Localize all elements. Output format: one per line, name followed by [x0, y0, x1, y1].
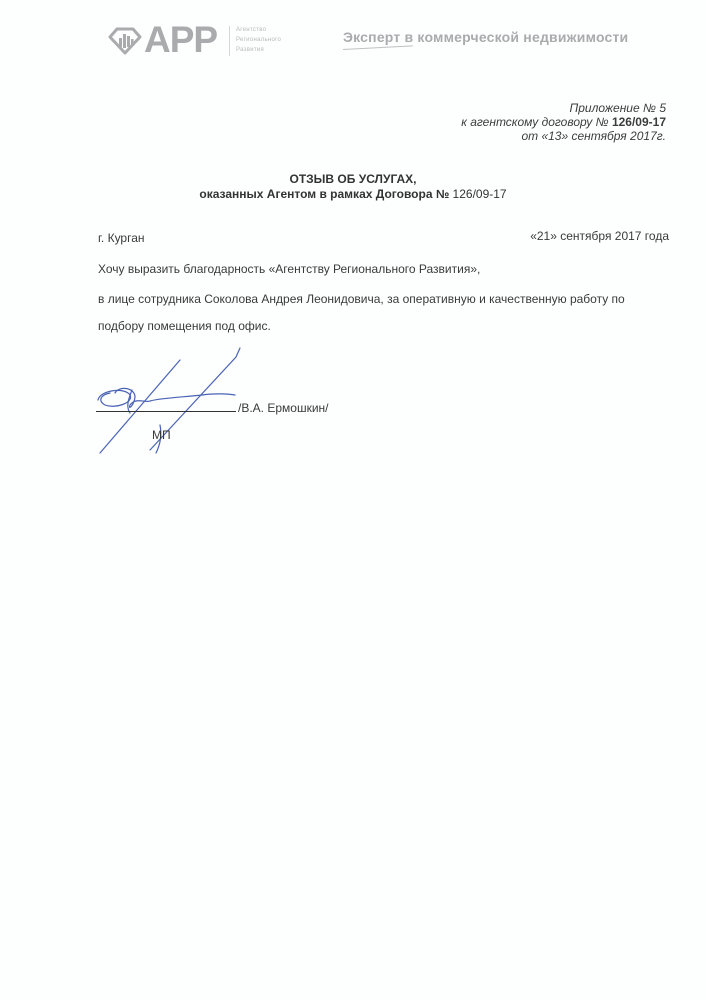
tagline-underline: [343, 45, 413, 50]
appendix-reference: Приложение № 5 к агентскому договору № 1…: [461, 101, 666, 143]
document-date: «21» сентября 2017 года: [530, 229, 669, 243]
title-line-2: оказанных Агентом в рамках Договора № 12…: [0, 187, 706, 202]
title-line-2-prefix: оказанных Агентом в рамках Договора №: [199, 187, 452, 201]
logo-subtitle-line: Регионального: [236, 35, 281, 45]
logo-subtitle-line: Развития: [236, 45, 281, 55]
logo-subtitle: Агентство Регионального Развития: [236, 25, 281, 55]
document-title: ОТЗЫВ ОБ УСЛУГАХ, оказанных Агентом в ра…: [0, 172, 706, 202]
appendix-contract-line: к агентскому договору № 126/09-17: [461, 115, 666, 129]
signer-name: /В.А. Ермошкин/: [238, 401, 329, 415]
appendix-number: Приложение № 5: [461, 101, 666, 115]
body-line: подбору помещения под офис.: [98, 319, 271, 333]
document-place: г. Курган: [98, 231, 145, 245]
title-contract-number: 126/09-17: [453, 187, 507, 201]
appendix-contract-number: 126/09-17: [612, 115, 666, 129]
body-line: в лице сотрудника Соколова Андрея Леонид…: [98, 292, 625, 306]
appendix-contract-date: от «13» сентября 2017г.: [461, 129, 666, 143]
body-line: Хочу выразить благодарность «Агентству Р…: [98, 262, 480, 276]
logo-subtitle-line: Агентство: [236, 25, 281, 35]
appendix-contract-prefix: к агентскому договору №: [461, 115, 612, 129]
handwritten-signature: [90, 345, 260, 455]
company-tagline: Эксперт в коммерческой недвижимости: [343, 29, 628, 45]
company-logo-text: АРР: [144, 19, 217, 61]
title-line-1: ОТЗЫВ ОБ УСЛУГАХ,: [0, 172, 706, 187]
logo-divider: [229, 26, 230, 56]
diamond-buildings-icon: [108, 27, 142, 55]
stamp-placeholder: МП: [152, 428, 171, 442]
signature-line: [96, 411, 236, 412]
